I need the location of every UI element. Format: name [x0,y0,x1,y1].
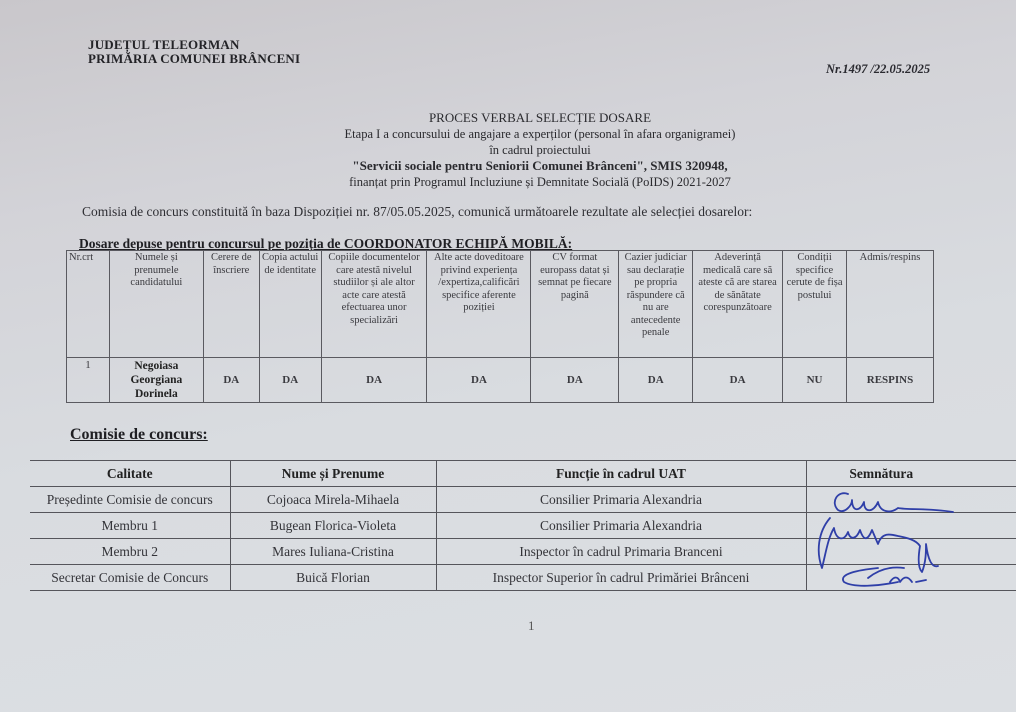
handwritten-signatures [808,482,978,602]
col-header: Funcție în cadrul UAT [436,461,806,487]
cell-adeverinta: DA [693,358,783,403]
funding-line: finanțat prin Programul Incluziune și De… [290,174,790,190]
member-role: Membru 1 [30,513,230,539]
col-header: Calitate [30,461,230,487]
member-role: Membru 2 [30,539,230,565]
col-header: CV format europass datat și semnat pe fi… [531,251,619,358]
candidate-name: Negoiasa Georgiana Dorinela [109,358,203,403]
member-name: Cojoaca Mirela-Mihaela [230,487,436,513]
col-header: Cerere de înscriere [203,251,259,358]
member-role: Secretar Comisie de Concurs [30,565,230,591]
cell-cerere: DA [203,358,259,403]
signature-1 [835,493,953,512]
cell-cv: DA [531,358,619,403]
col-header: Nr.crt [67,251,110,358]
signature-2 [819,518,938,572]
cell-result: RESPINS [847,358,934,403]
member-function: Inspector Superior în cadrul Primăriei B… [436,565,806,591]
cell-act-identitate: DA [259,358,321,403]
signature-3 [843,567,926,585]
table-row: 1 Negoiasa Georgiana Dorinela DA DA DA D… [67,358,934,403]
member-name: Mares Iuliana-Cristina [230,539,436,565]
document-title-block: PROCES VERBAL SELECȚIE DOSARE Etapa I a … [290,110,790,190]
member-function: Consilier Primaria Alexandria [436,487,806,513]
member-name: Bugean Florica-Violeta [230,513,436,539]
row-number: 1 [67,358,110,403]
project-intro-line: în cadrul proiectului [290,142,790,158]
member-name: Buică Florian [230,565,436,591]
results-table: Nr.crt Numele și prenumele candidatului … [66,250,934,403]
col-header: Copia actului de identitate [259,251,321,358]
col-header: Condiții specifice cerute de fișa postul… [783,251,847,358]
results-header-row: Nr.crt Numele și prenumele candidatului … [67,251,934,358]
col-header: Cazier judiciar sau declarație pe propri… [619,251,693,358]
member-role: Președinte Comisie de concurs [30,487,230,513]
col-header: Nume și Prenume [230,461,436,487]
cell-studii: DA [321,358,427,403]
registration-number: Nr.1497 /22.05.2025 [826,62,930,77]
document-title: PROCES VERBAL SELECȚIE DOSARE [290,110,790,126]
col-header: Admis/respins [847,251,934,358]
intro-paragraph: Comisia de concurs constituită în baza D… [82,204,752,220]
letterhead: JUDEȚUL TELEORMAN PRIMĂRIA COMUNEI BRÂNC… [88,38,300,66]
county-name: JUDEȚUL TELEORMAN [88,38,300,52]
cell-cazier: DA [619,358,693,403]
project-name: "Servicii sociale pentru Seniorii Comune… [290,158,790,174]
member-function: Consilier Primaria Alexandria [436,513,806,539]
page-number: 1 [528,618,535,634]
committee-heading: Comisie de concurs: [70,426,208,444]
member-function: Inspector în cadrul Primaria Branceni [436,539,806,565]
cell-conditii: NU [783,358,847,403]
col-header: Adeverință medicală care să ateste că ar… [693,251,783,358]
stage-line: Etapa I a concursului de angajare a expe… [290,126,790,142]
col-header: Copiile documentelor care atestă nivelul… [321,251,427,358]
col-header: Numele și prenumele candidatului [109,251,203,358]
office-name: PRIMĂRIA COMUNEI BRÂNCENI [88,52,300,66]
col-header: Alte acte doveditoare privind experiența… [427,251,531,358]
cell-alte-acte: DA [427,358,531,403]
